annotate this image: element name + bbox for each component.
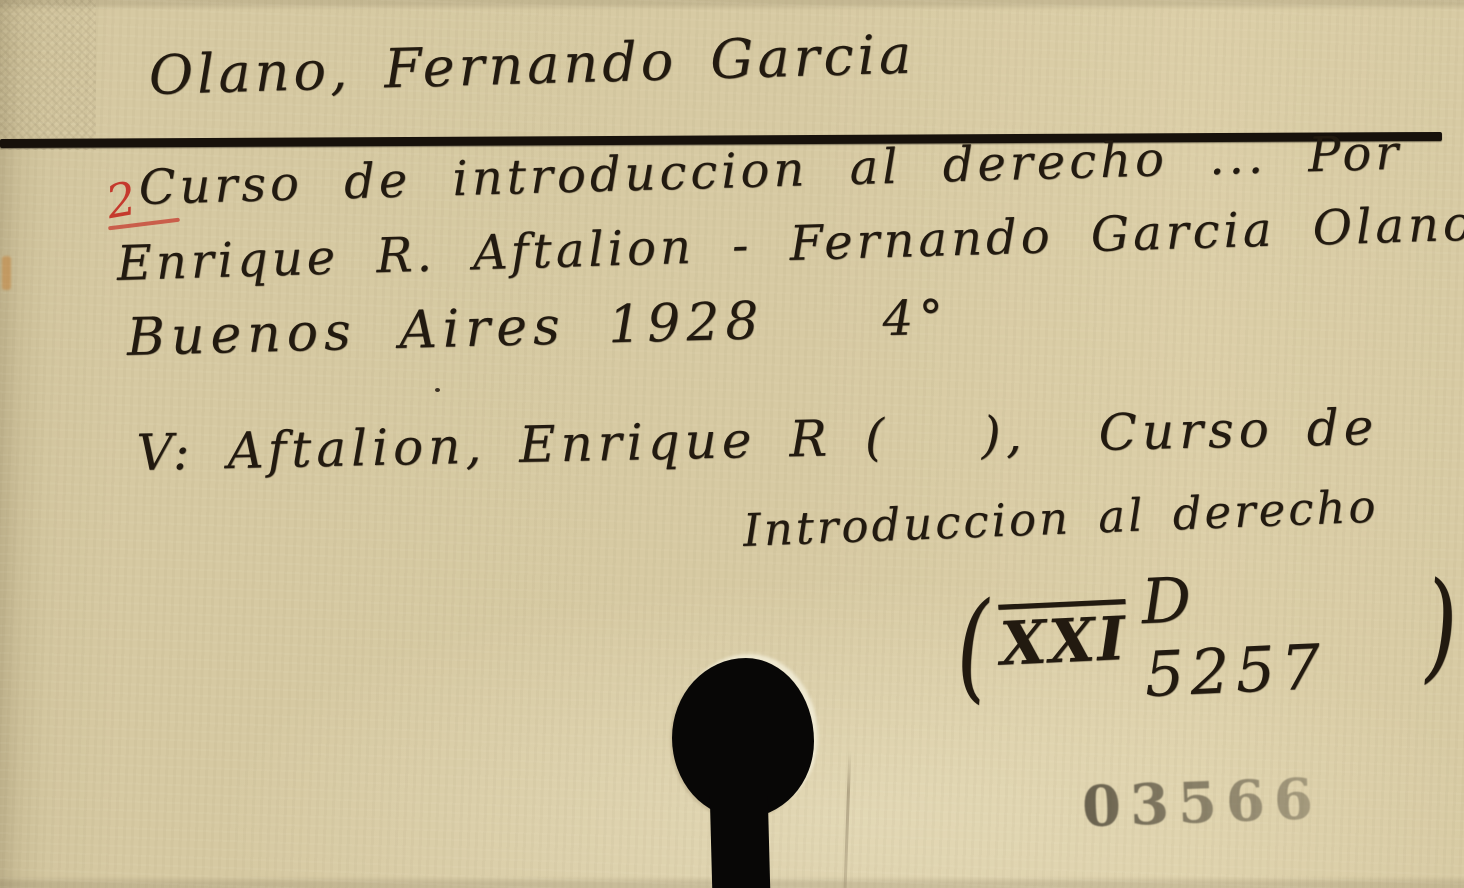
punch-hole-stem: [710, 796, 770, 888]
imprint-line: Buenos Aires 19284°: [126, 286, 950, 368]
red-pencil-annotation: 2: [102, 171, 140, 229]
card-heading: Olano, Fernando Garcia: [148, 23, 916, 107]
cross-reference-line-2: Introduccion al derecho: [742, 480, 1379, 557]
call-number-open-paren: (: [953, 592, 992, 700]
cross-reference-title-start: Curso de: [1098, 398, 1379, 462]
cross-reference-paren: ),: [981, 405, 1028, 464]
cross-reference-name: V: Aftalion, Enrique R (: [136, 408, 890, 482]
call-number-roman: XXI: [998, 604, 1128, 680]
punch-hole-bulb: [672, 658, 814, 818]
scanned-catalog-card: Olano, Fernando Garcia 2 Curso de introd…: [0, 0, 1464, 888]
cross-reference-line-1: V: Aftalion, Enrique R (),Curso de: [136, 398, 1379, 482]
accession-stamp-number: 03566: [1081, 766, 1323, 840]
paper-texture-corner: [0, 0, 96, 150]
call-number-shelf: D 5257: [1140, 553, 1409, 711]
call-number-close-paren: ): [1421, 571, 1460, 679]
paper-crease: [844, 750, 852, 888]
ink-speck: [435, 388, 440, 392]
edge-smudge: [2, 256, 11, 290]
imprint-place-date: Buenos Aires 1928: [126, 291, 765, 368]
book-format: 4°: [882, 289, 950, 347]
call-number: ( XXI D 5257 ): [947, 551, 1464, 720]
